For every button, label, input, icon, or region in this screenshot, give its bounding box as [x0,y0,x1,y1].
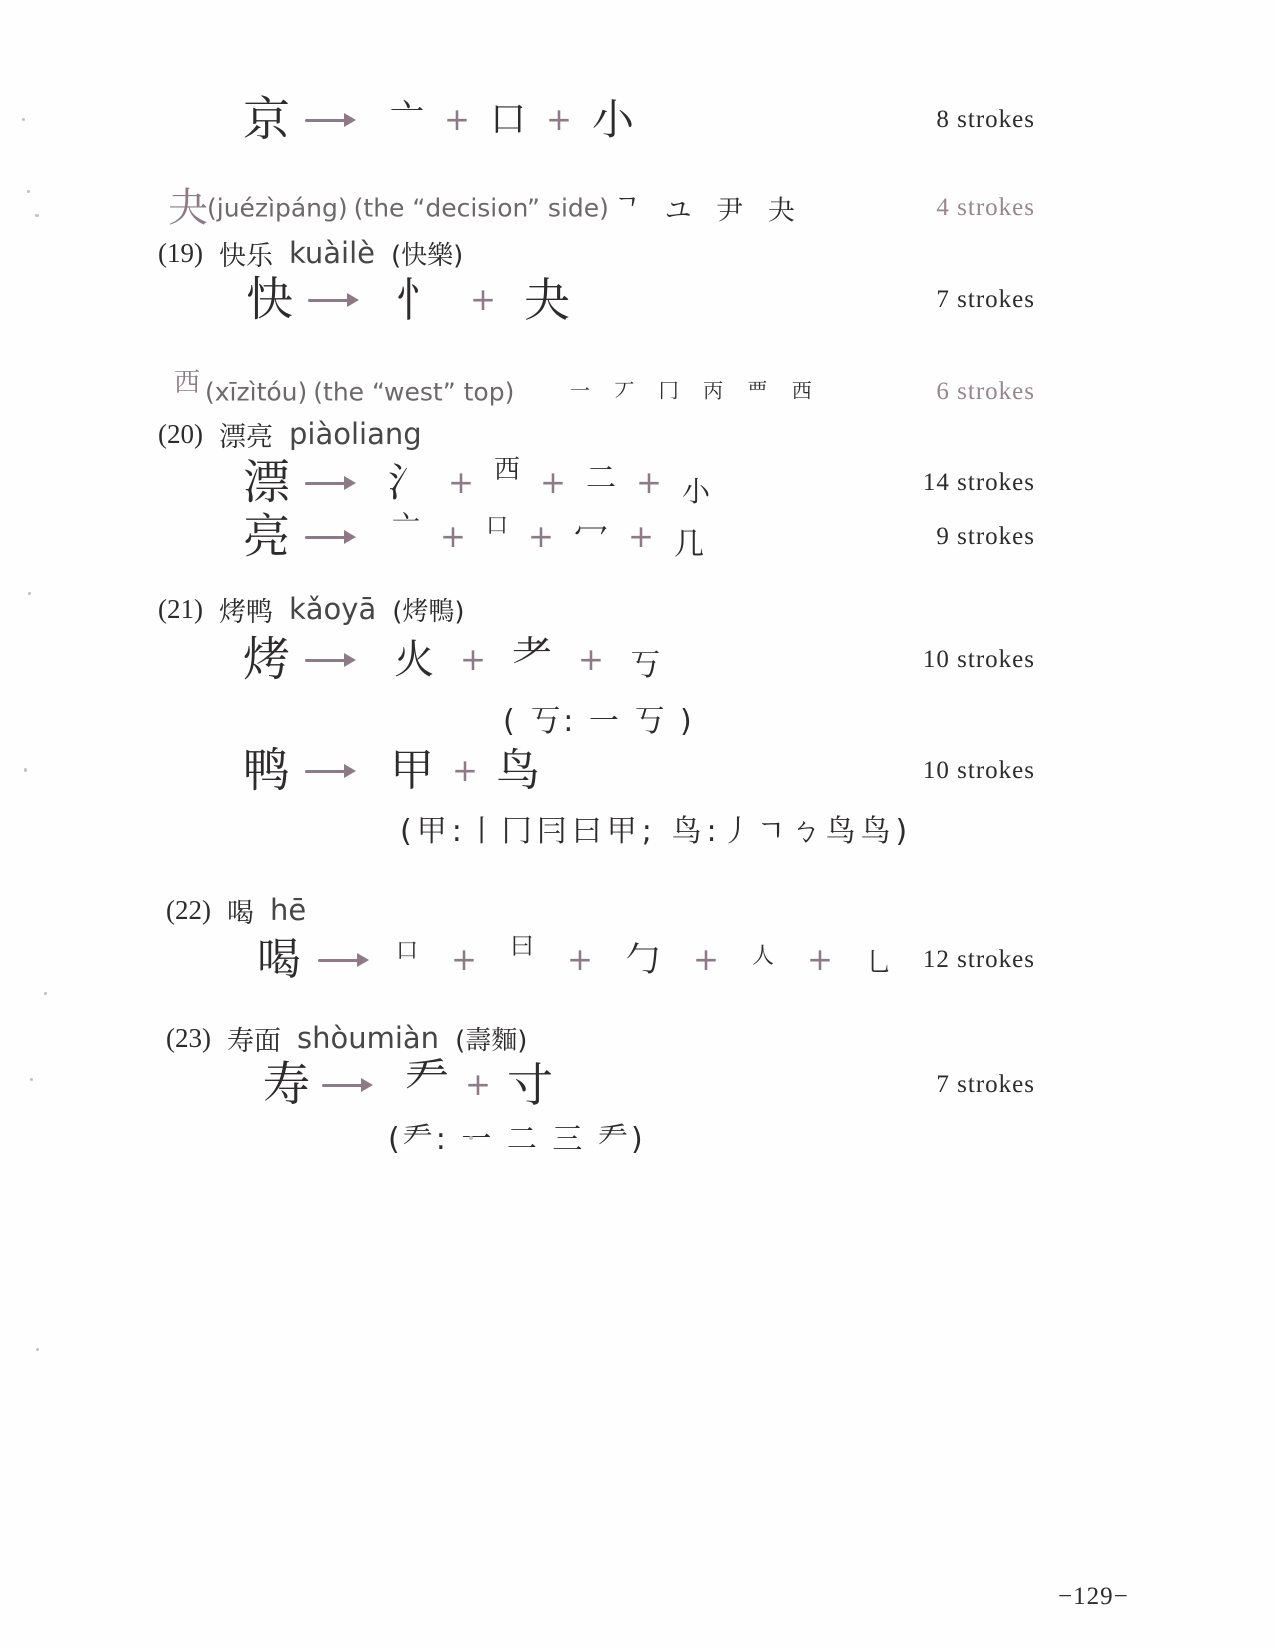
stroke-order-sequence: ᄀ ユ 尹 夬 [614,189,803,228]
arrow-icon [318,959,366,962]
plus-icon: + [444,105,470,136]
stroke-count: 6 strokes [845,378,1035,406]
item-traditional: (烤鴨) [392,591,464,628]
stroke-count: 7 strokes [845,286,1035,314]
arrow-icon [305,119,353,122]
item-header-19: (19) 快乐 kuàilè (快樂) [158,233,463,273]
item-traditional: (快樂) [391,235,463,272]
character-kuai: 快 [246,277,293,324]
decomposition-row-jing: 京 亠 + 口 + 小 8 strokes [0,90,1275,150]
component: 几 [674,530,704,560]
item-number: (20) [158,419,203,450]
character-ya: 鸭 [243,748,290,795]
decomposition-row-shou: 寿 龵 + 寸 7 strokes [0,1055,1275,1115]
scan-artifact [24,768,27,772]
radical-header-xi: 西 (xīzìtóu) (the “west” top) 一 丆 冂 丙 覀 西… [0,366,1275,418]
plus-icon: + [470,285,496,316]
stroke-count: 10 strokes [845,646,1035,674]
radical-gloss: (the “west” top) [313,378,514,407]
scan-artifact [30,1078,33,1081]
item-traditional: (壽麵) [455,1020,527,1057]
plus-icon: + [540,468,566,499]
component: 小 [592,99,634,141]
decomposition-row-liang: 亮 亠 + 口 + 冖 + 几 9 strokes [0,507,1275,567]
plus-icon: + [636,468,662,499]
component: 甲 [390,749,434,793]
component: 亠 [392,512,420,540]
item-pinyin: hē [270,893,306,927]
item-pinyin: kǎoyā [289,592,376,626]
character-piao: 漂 [243,460,290,507]
arrow-icon [305,659,353,662]
component: 口 [396,941,418,963]
arrow-icon [305,770,353,773]
stroke-count: 4 strokes [845,194,1035,222]
component: 火 [394,640,434,680]
item-pinyin: shòumiàn [297,1021,439,1055]
plus-icon: + [460,645,486,676]
item-hanzi: 漂亮 [219,415,273,454]
plus-icon: + [578,645,604,676]
character-kao: 烤 [243,637,290,684]
component-list: 亠 + 口 + 冖 + 几 [392,507,704,567]
arrow-icon [322,1084,370,1087]
character-shou: 寿 [263,1062,310,1109]
radical-caption: (juézìpáng) (the “decision” side) [207,194,609,223]
item-number: (22) [166,895,211,926]
decomposition-row-kuai: 快 忄 + 夬 7 strokes [0,270,1275,330]
component: 忄 [396,277,442,323]
scan-artifact [28,592,31,595]
plus-icon: + [465,1070,491,1101]
textbook-page: 京 亠 + 口 + 小 8 strokes 夬 (juézìpáng) (the… [0,0,1275,1648]
arrow-icon [305,536,353,539]
component-list: 氵 + 西 + 二 + 小 [388,453,710,513]
radical-gloss: (the “decision” side) [354,194,609,223]
component: 口 [486,516,508,538]
component: 口 [490,102,526,138]
stroke-count: 9 strokes [845,523,1035,551]
item-number: (23) [166,1023,211,1054]
radical-character: 夬 [168,188,208,228]
decomposition-row-he: 喝 口 + 曰 + 勹 + 人 + 乚 12 strokes [0,930,1275,990]
component: 氵 [388,463,428,503]
item-pinyin: piàoliang [289,417,422,451]
item-hanzi: 喝 [227,891,254,930]
component: 人 [752,946,774,968]
arrow-icon [305,482,353,485]
scan-artifact [469,1136,473,1140]
stroke-order-note-kao: ( 丂: 一 丂 ) [503,704,695,740]
plus-icon: + [546,105,572,136]
plus-icon: + [448,468,474,499]
component-list: 口 + 曰 + 勹 + 人 + 乚 [396,930,892,990]
plus-icon: + [693,945,719,976]
radical-pinyin: (xīzìtóu) [205,378,307,407]
item-hanzi: 寿面 [227,1019,281,1058]
component-list: 龵 + 寸 [405,1055,553,1115]
decomposition-row-piao: 漂 氵 + 西 + 二 + 小 14 strokes [0,453,1275,513]
item-number: (19) [158,238,203,269]
component: 夬 [524,277,570,323]
item-pinyin: kuàilè [289,236,375,270]
component: 丂 [630,651,660,681]
component: 勹 [626,943,660,977]
component-list: 甲 + 鸟 [390,741,540,801]
item-number: (21) [158,594,203,625]
component: 小 [682,478,710,506]
plus-icon: + [567,945,593,976]
item-header-21: (21) 烤鸭 kǎoyā (烤鴨) [158,589,465,629]
page-number: −129− [1058,1583,1129,1611]
scan-artifact [44,992,47,995]
stroke-order-sequence: 一 丆 冂 丙 覀 西 [570,375,821,404]
scan-artifact [27,190,30,193]
stroke-count: 10 strokes [845,757,1035,785]
component: 耂 [512,634,552,674]
component: 亠 [390,100,424,134]
radical-header-jue: 夬 (juézìpáng) (the “decision” side) ᄀ ユ … [0,182,1275,234]
stroke-order-note-ya: (甲:丨冂冃曰甲; 鸟:丿ㄱㄅ鸟鸟) [400,814,912,850]
plus-icon: + [452,756,478,787]
plus-icon: + [628,522,654,553]
item-header-20: (20) 漂亮 piàoliang [158,414,422,454]
item-header-23: (23) 寿面 shòumiàn (壽麵) [166,1018,527,1058]
plus-icon: + [807,945,833,976]
stroke-count: 12 strokes [845,946,1035,974]
stroke-count: 14 strokes [845,469,1035,497]
plus-icon: + [528,522,554,553]
plus-icon: + [440,522,466,553]
component: 鸟 [496,749,540,793]
item-hanzi: 快乐 [219,234,273,273]
character-jing: 京 [243,97,290,144]
stroke-count: 7 strokes [845,1071,1035,1099]
radical-caption: (xīzìtóu) (the “west” top) [205,378,514,407]
item-header-22: (22) 喝 hē [166,890,306,930]
decomposition-row-kao: 烤 火 + 耂 + 丂 10 strokes [0,630,1275,690]
component: 曰 [510,934,534,958]
plus-icon: + [451,945,477,976]
arrow-icon [308,299,356,302]
stroke-order-note-shou: (龵: 一 二 三 龵) [388,1122,646,1158]
component: 二 [586,464,616,494]
decomposition-row-ya: 鸭 甲 + 鸟 10 strokes [0,741,1275,801]
component: 冖 [574,518,608,552]
component: 龵 [405,1059,449,1103]
scan-artifact [35,214,39,217]
character-liang: 亮 [243,514,290,561]
radical-pinyin: (juézìpáng) [207,194,348,223]
radical-character: 西 [174,370,200,396]
item-hanzi: 烤鸭 [219,590,273,629]
component-list: 亠 + 口 + 小 [390,90,634,150]
component: 西 [494,457,520,483]
scan-artifact [36,1348,39,1351]
stroke-count: 8 strokes [845,106,1035,134]
scan-artifact [22,118,25,121]
component: 寸 [507,1062,553,1108]
character-he: 喝 [257,938,301,982]
component-list: 忄 + 夬 [396,270,570,330]
component-list: 火 + 耂 + 丂 [394,630,660,690]
